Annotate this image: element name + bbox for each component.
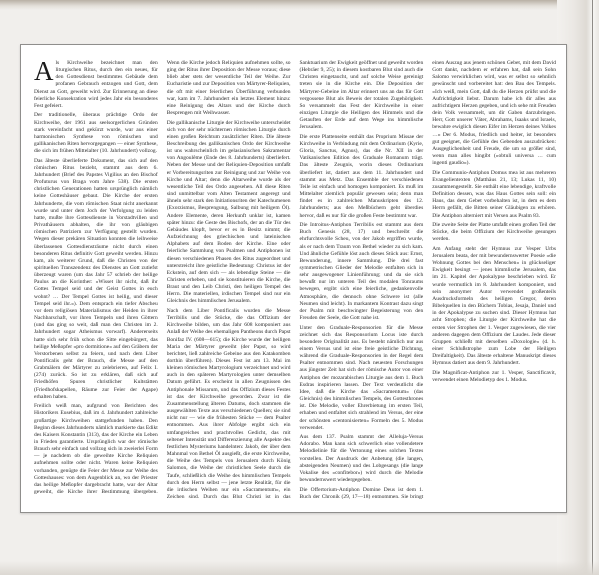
- paragraph: Die Communio-Antiphon Domus mea ist aus …: [432, 170, 556, 220]
- paragraph: Das älteste überlieferte Dokument, das s…: [34, 158, 158, 401]
- drop-cap: A: [34, 61, 54, 82]
- text-columns: Als Kirchweihe bezeichnet man den liturg…: [34, 60, 556, 502]
- page-edge-line: [592, 0, 593, 575]
- paragraph: Die Introitus-Antiphon Terribilis est st…: [300, 222, 424, 322]
- liner-notes-panel: Als Kirchweihe bezeichnet man den liturg…: [20, 44, 567, 513]
- paragraph: Die zweite Seite der Platte umfaßt einen…: [432, 222, 556, 243]
- paragraph: Am Anfang steht der Hymnus zur Vesper Ur…: [432, 246, 556, 368]
- paragraph: Aus dem 137. Psalm stammt der Alleluja-V…: [300, 434, 424, 484]
- paragraph: Die Magnificat-Antiphon zur 1. Vesper, S…: [432, 370, 556, 384]
- paragraph: Die erste Plattenseite enthält das Propr…: [300, 134, 424, 220]
- page-top-shadow: [0, 0, 599, 10]
- paragraph-intro: Als Kirchweihe bezeichnet man den liturg…: [34, 60, 158, 110]
- page-bottom-shade: [0, 561, 599, 575]
- paragraph: Unter den Graduale-Responsorien für die …: [300, 325, 424, 432]
- paragraph: Die gallikanische Liturgie der Kirchweih…: [167, 120, 291, 306]
- paragraph: Der traditionelle, überaus prächtige Ord…: [34, 112, 158, 155]
